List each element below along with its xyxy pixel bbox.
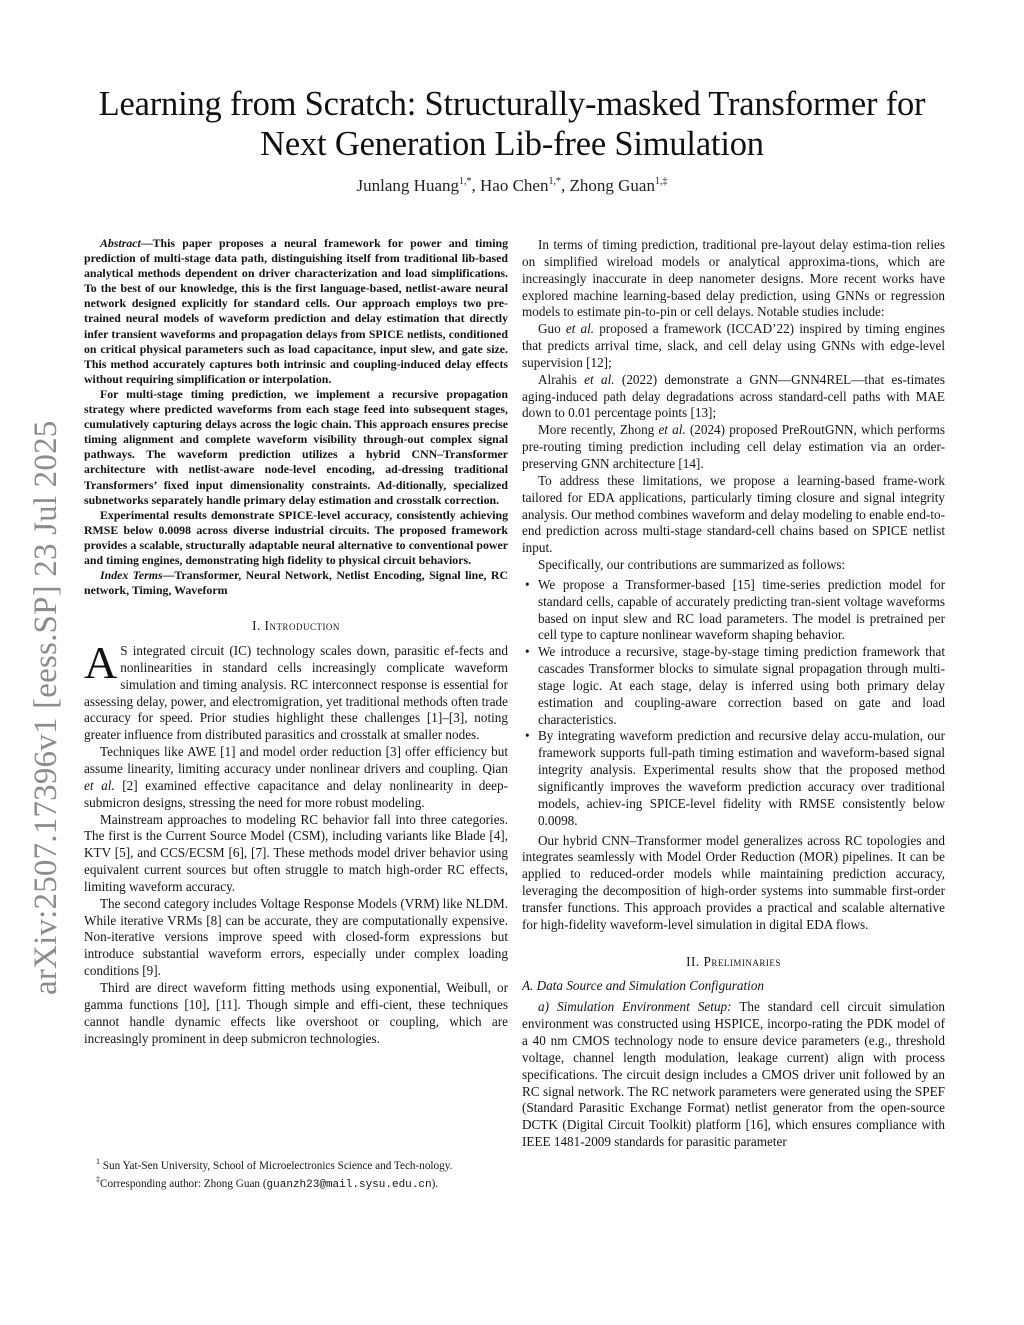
left-column: Abstract—This paper proposes a neural fr… <box>84 236 508 1047</box>
body-paragraph: Our hybrid CNN–Transformer model general… <box>522 833 945 934</box>
section-heading-introduction: I. Introduction <box>84 618 508 635</box>
footnote-text: ). <box>432 1178 439 1190</box>
title-line-2: Next Generation Lib-free Simulation <box>60 124 964 164</box>
intro-paragraph: Mainstream approaches to modeling RC beh… <box>84 812 508 896</box>
author-marks: 1,* <box>459 176 472 187</box>
abstract-paragraph: Abstract—This paper proposes a neural fr… <box>84 236 508 387</box>
section-heading-preliminaries: II. Preliminaries <box>522 954 945 971</box>
index-terms-label: Index Terms <box>100 568 163 582</box>
arxiv-identifier-stamp: arXiv:2507.17396v1 [eess.SP] 23 Jul 2025 <box>28 355 65 995</box>
intro-text: [2] examined effective capacitance and d… <box>84 778 508 810</box>
author-marks: 1,‡ <box>655 176 668 187</box>
list-item-text: By integrating waveform prediction and r… <box>538 728 945 827</box>
right-column: In terms of timing prediction, tradition… <box>522 237 945 1151</box>
contributions-list: •We propose a Transformer-based [15] tim… <box>522 577 945 830</box>
abstract-paragraph: For multi-stage timing prediction, we im… <box>84 387 508 508</box>
footnote-mark: 1 <box>96 1157 100 1166</box>
body-paragraph: Specifically, our contributions are summ… <box>522 557 945 574</box>
abstract-text: This paper proposes a neural framework f… <box>84 236 508 386</box>
author-name: Junlang Huang <box>357 176 459 195</box>
author-name: Zhong Guan <box>569 176 654 195</box>
bullet-icon: • <box>525 577 530 594</box>
subsection-heading: A. Data Source and Simulation Configurat… <box>522 978 945 995</box>
body-text: More recently, Zhong <box>538 422 658 437</box>
body-paragraph: More recently, Zhong et al. (2024) propo… <box>522 422 945 473</box>
body-text: Alrahis <box>538 372 584 387</box>
body-paragraph: In terms of timing prediction, tradition… <box>522 237 945 321</box>
et-al: et al. <box>566 321 594 336</box>
abstract: Abstract—This paper proposes a neural fr… <box>84 236 508 598</box>
et-al: et al. <box>84 778 115 793</box>
list-item: •We propose a Transformer-based [15] tim… <box>522 577 945 644</box>
body-paragraph: To address these limitations, we propose… <box>522 473 945 557</box>
drop-cap: A <box>84 646 117 680</box>
body-paragraph: Alrahis et al. (2022) demonstrate a GNN—… <box>522 372 945 423</box>
footnotes: 1 Sun Yat-Sen University, School of Micr… <box>84 1155 508 1192</box>
intro-paragraph: AS integrated circuit (IC) technology sc… <box>84 643 508 744</box>
title-line-1: Learning from Scratch: Structurally-mask… <box>60 84 964 124</box>
list-item: •We introduce a recursive, stage-by-stag… <box>522 644 945 728</box>
list-item-text: We propose a Transformer-based [15] time… <box>538 577 945 643</box>
abstract-dash: — <box>141 236 153 250</box>
body-paragraph: a) Simulation Environment Setup: The sta… <box>522 999 945 1151</box>
index-terms-dash: — <box>163 568 175 582</box>
list-item-text: We introduce a recursive, stage-by-stage… <box>538 644 945 726</box>
abstract-label: Abstract <box>100 236 141 250</box>
paragraph-heading: a) Simulation Environment Setup: <box>538 999 732 1014</box>
intro-paragraph: Techniques like AWE [1] and model order … <box>84 744 508 811</box>
abstract-paragraph: Experimental results demonstrate SPICE-l… <box>84 508 508 568</box>
body-text: Guo <box>538 321 566 336</box>
author-list: Junlang Huang1,*, Hao Chen1,*, Zhong Gua… <box>60 176 964 196</box>
intro-paragraph: Third are direct waveform fitting method… <box>84 980 508 1047</box>
footnote-text: Corresponding author: Zhong Guan ( <box>100 1178 267 1190</box>
body-paragraph: Guo et al. proposed a framework (ICCAD’2… <box>522 321 945 372</box>
list-item: •By integrating waveform prediction and … <box>522 728 945 829</box>
paper-title: Learning from Scratch: Structurally-mask… <box>60 84 964 164</box>
et-al: et al. <box>584 372 614 387</box>
footnote-corresponding-author: ‡Corresponding author: Zhong Guan (guanz… <box>84 1173 508 1192</box>
author-name: Hao Chen <box>480 176 548 195</box>
footnote-affiliation: 1 Sun Yat-Sen University, School of Micr… <box>84 1155 508 1173</box>
author-marks: 1,* <box>548 176 561 187</box>
footnote-text: Sun Yat-Sen University, School of Microe… <box>103 1160 453 1172</box>
bullet-icon: • <box>525 728 530 745</box>
body-text: The standard cell circuit simulation env… <box>522 999 945 1149</box>
bullet-icon: • <box>525 644 530 661</box>
et-al: et al. <box>658 422 685 437</box>
author-email[interactable]: guanzh23@mail.sysu.edu.cn <box>267 1179 432 1191</box>
index-terms: Index Terms—Transformer, Neural Network,… <box>84 568 508 598</box>
intro-text: Techniques like AWE [1] and model order … <box>84 744 508 776</box>
intro-paragraph: The second category includes Voltage Res… <box>84 896 508 980</box>
intro-text: S integrated circuit (IC) technology sca… <box>84 643 508 742</box>
